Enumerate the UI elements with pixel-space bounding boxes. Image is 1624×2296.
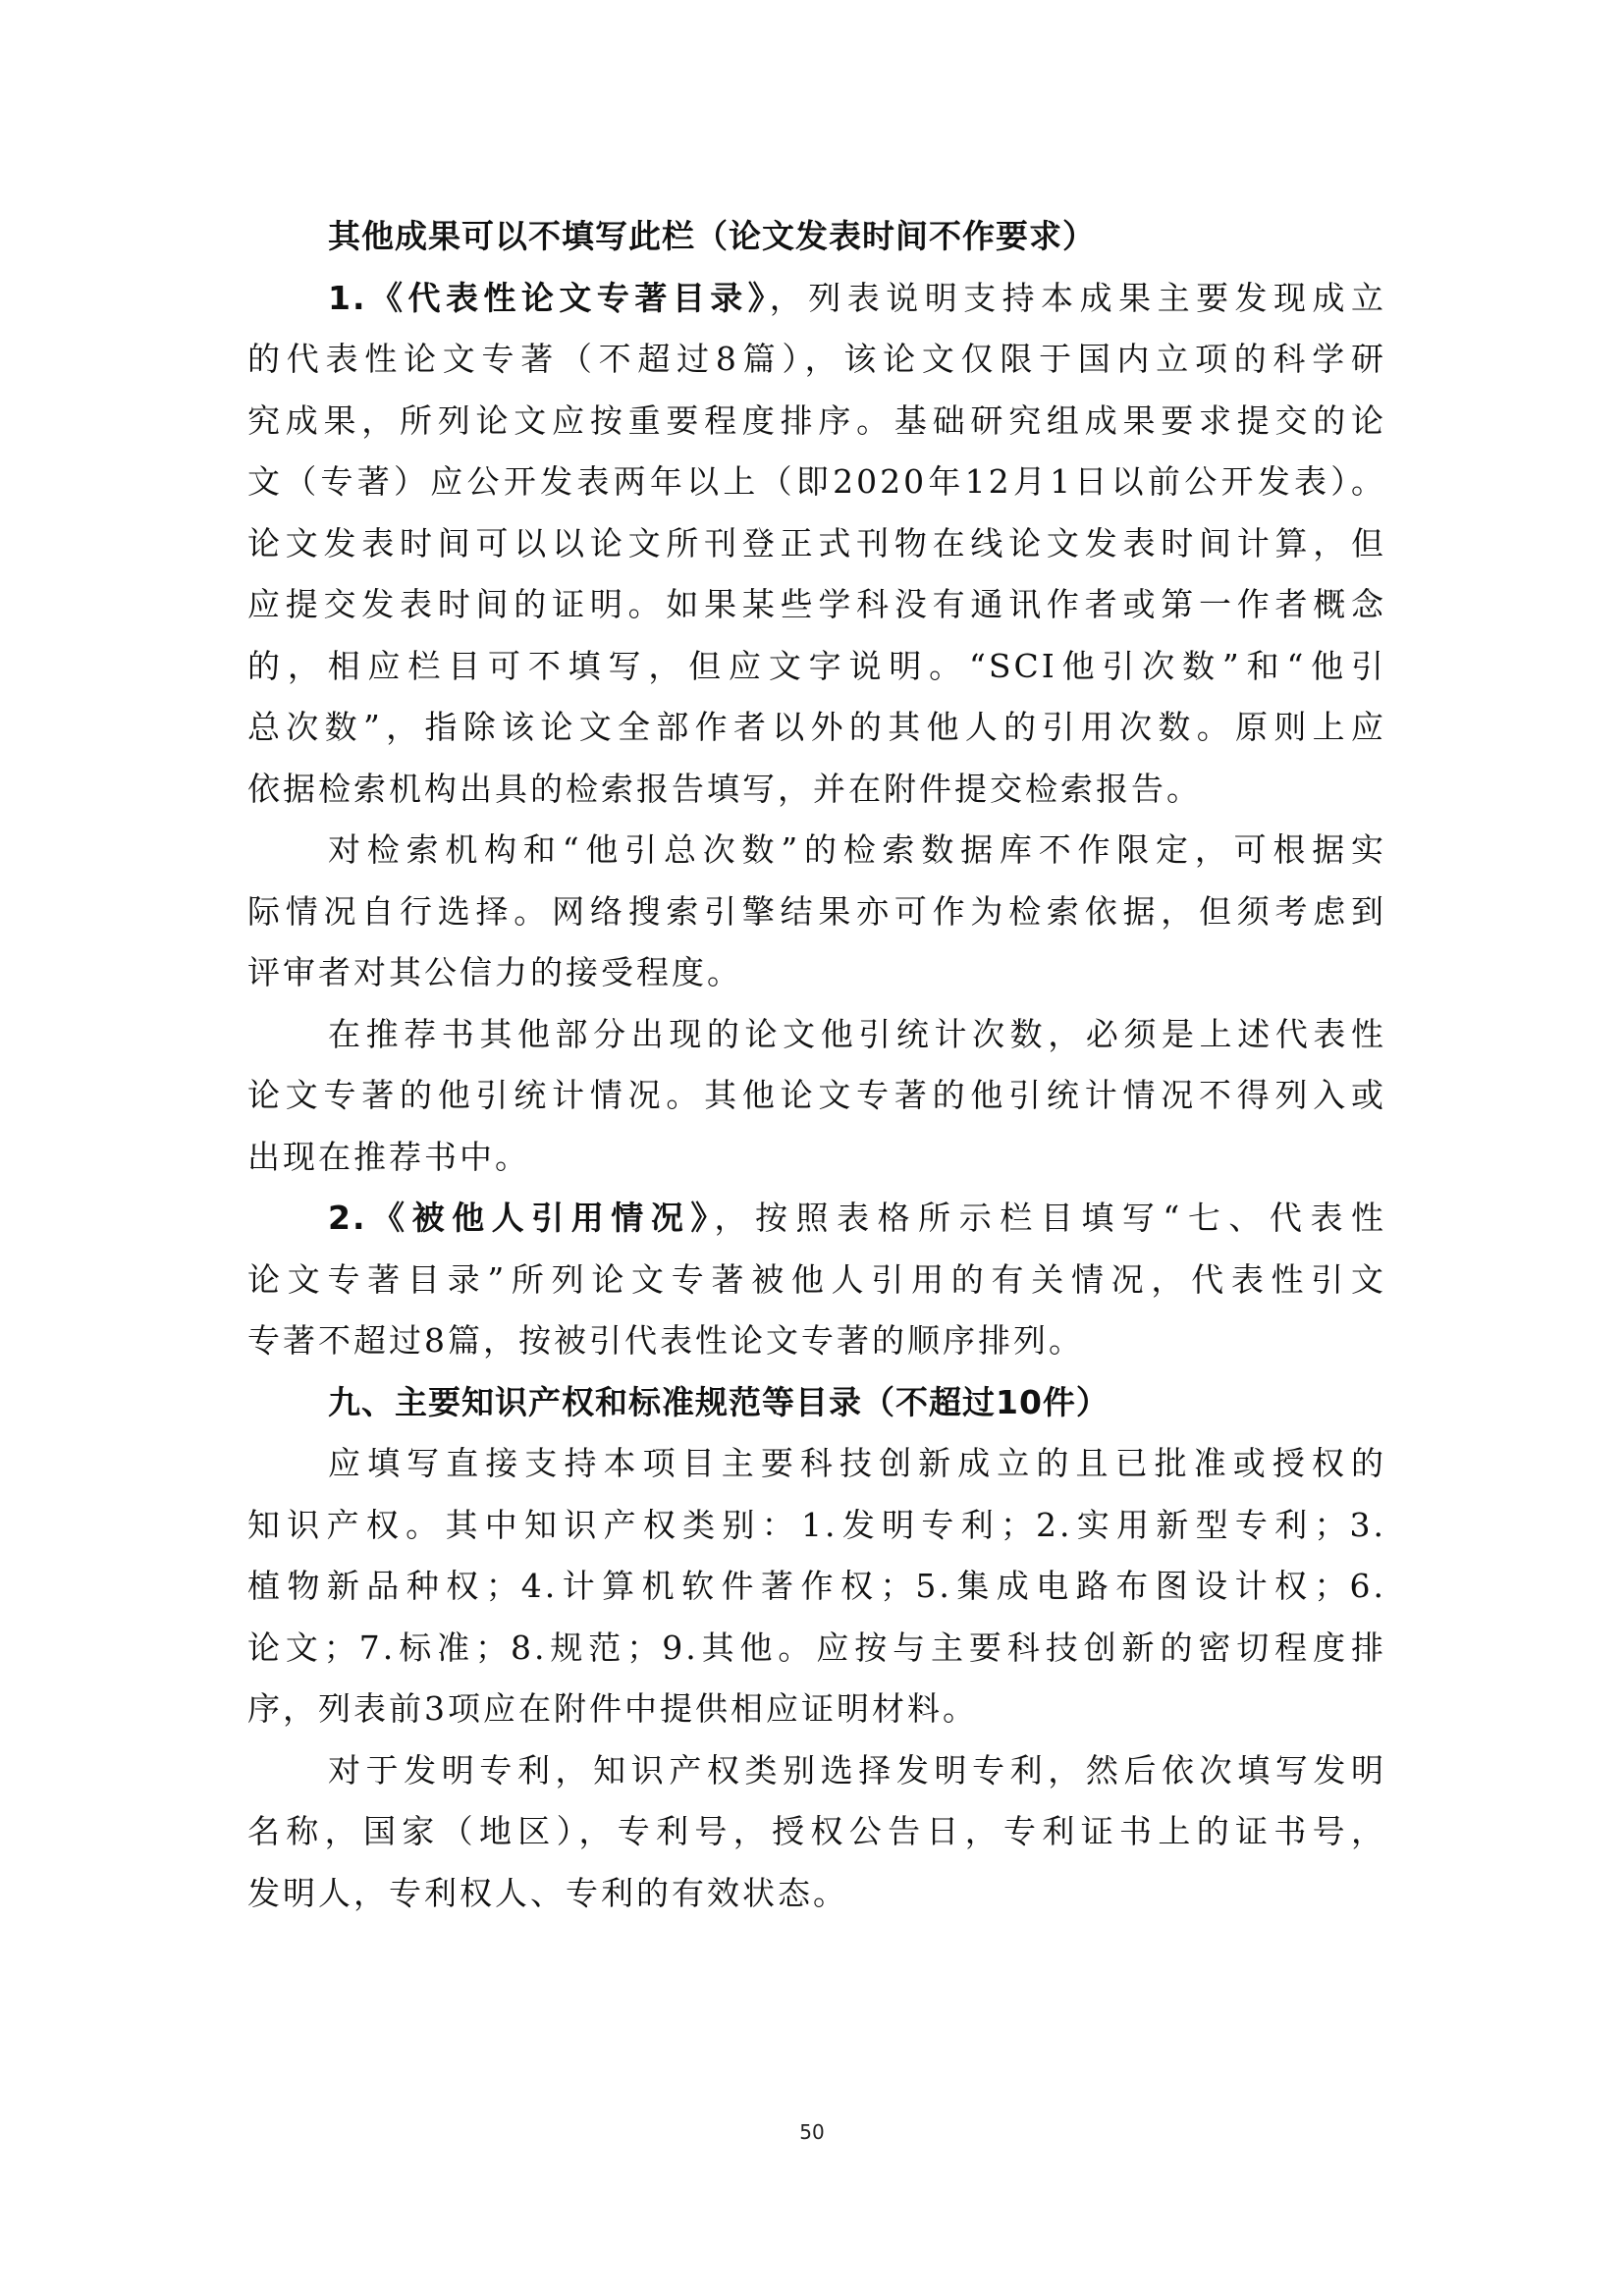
- paragraph-line: 2.《被他人引用情况》，按照表格所示栏目填写“七、代表性: [247, 1188, 1386, 1250]
- paragraph-line: 评审者对其公信力的接受程度。: [247, 942, 1386, 1004]
- paragraph-line: 的，相应栏目可不填写，但应文字说明。“SCI他引次数”和“他引: [247, 636, 1386, 698]
- bold-lead-representative-papers: 1.《代表性论文专著目录》: [328, 279, 770, 317]
- paragraph-line: 知识产权。其中知识产权类别：1.发明专利；2.实用新型专利；3.: [247, 1495, 1386, 1557]
- document-page: 其他成果可以不填写此栏（论文发表时间不作要求） 1.《代表性论文专著目录》，列表…: [247, 206, 1386, 1924]
- page-number: 50: [0, 2120, 1624, 2144]
- paragraph-line: 出现在推荐书中。: [247, 1127, 1386, 1189]
- paragraph-line: 对于发明专利，知识产权类别选择发明专利，然后依次填写发明: [247, 1740, 1386, 1802]
- paragraph-line: 总次数”，指除该论文全部作者以外的其他人的引用次数。原则上应: [247, 697, 1386, 759]
- paragraph-line: 对检索机构和“他引总次数”的检索数据库不作限定，可根据实: [247, 820, 1386, 881]
- section-heading-ip: 九、主要知识产权和标准规范等目录（不超过10件）: [247, 1372, 1386, 1434]
- paragraph-line: 1.《代表性论文专著目录》，列表说明支持本成果主要发现成立: [247, 268, 1386, 330]
- paragraph-line: 发明人，专利权人、专利的有效状态。: [247, 1863, 1386, 1925]
- paragraph-line: 应提交发表时间的证明。如果某些学科没有通讯作者或第一作者概念: [247, 574, 1386, 636]
- paragraph-line: 论文专著的他引统计情况。其他论文专著的他引统计情况不得列入或: [247, 1065, 1386, 1127]
- paragraph-line: 序，列表前3项应在附件中提供相应证明材料。: [247, 1679, 1386, 1740]
- paragraph-line: 在推荐书其他部分出现的论文他引统计次数，必须是上述代表性: [247, 1004, 1386, 1066]
- paragraph-line: 应填写直接支持本项目主要科技创新成立的且已批准或授权的: [247, 1433, 1386, 1495]
- section-heading-other-results: 其他成果可以不填写此栏（论文发表时间不作要求）: [247, 206, 1386, 268]
- paragraph-line: 论文专著目录”所列论文专著被他人引用的有关情况，代表性引文: [247, 1250, 1386, 1311]
- paragraph-line: 专著不超过8篇，按被引代表性论文专著的顺序排列。: [247, 1310, 1386, 1372]
- paragraph-line: 论文；7.标准；8.规范；9.其他。应按与主要科技创新的密切程度排: [247, 1618, 1386, 1680]
- paragraph-line: 际情况自行选择。网络搜索引擎结果亦可作为检索依据，但须考虑到: [247, 881, 1386, 943]
- paragraph-line: 植物新品种权；4.计算机软件著作权；5.集成电路布图设计权；6.: [247, 1556, 1386, 1618]
- paragraph-line: 文（专著）应公开发表两年以上（即2020年12月1日以前公开发表）。: [247, 452, 1386, 513]
- paragraph-line: 的代表性论文专著（不超过8篇），该论文仅限于国内立项的科学研: [247, 329, 1386, 391]
- bold-lead-cited-by-others: 2.《被他人引用情况》: [328, 1199, 714, 1237]
- paragraph-line: 究成果，所列论文应按重要程度排序。基础研究组成果要求提交的论: [247, 391, 1386, 453]
- paragraph-line: 依据检索机构出具的检索报告填写，并在附件提交检索报告。: [247, 759, 1386, 821]
- paragraph-line: 名称，国家（地区），专利号，授权公告日，专利证书上的证书号，: [247, 1801, 1386, 1863]
- paragraph-line: 论文发表时间可以以论文所刊登正式刊物在线论文发表时间计算，但: [247, 513, 1386, 575]
